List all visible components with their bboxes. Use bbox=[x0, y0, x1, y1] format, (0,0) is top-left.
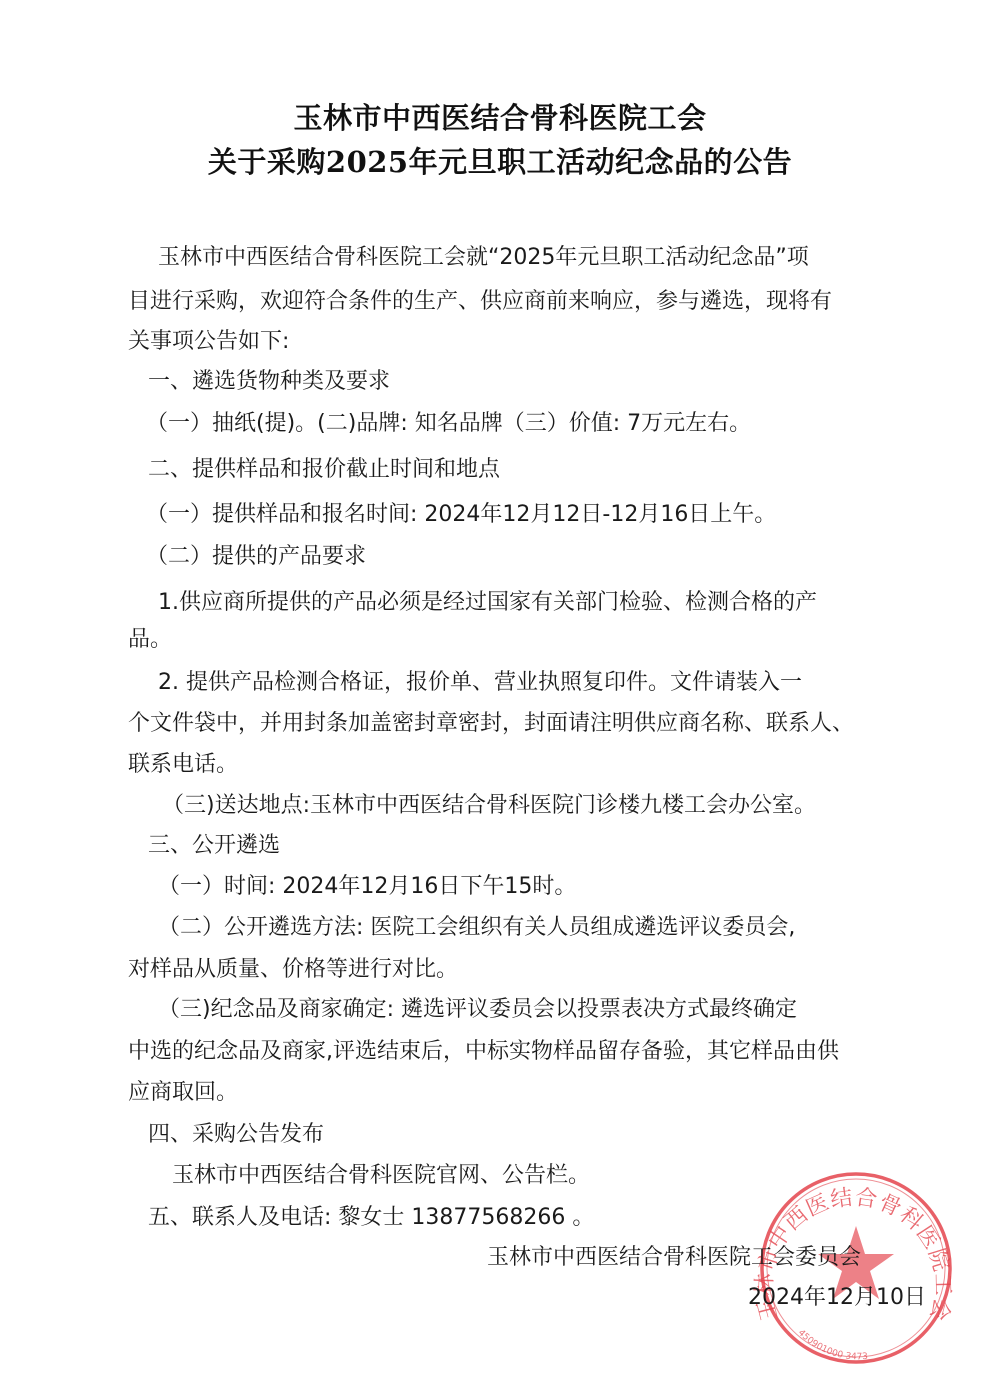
requirement-1-line-1: 1.供应商所提供的产品必须是经过国家有关部门检验、检测合格的产 bbox=[158, 588, 817, 618]
section-1-heading: 一、遴选货物种类及要求 bbox=[148, 367, 390, 397]
section-3-item-3-line-3: 应商取回。 bbox=[128, 1078, 238, 1108]
requirement-1-line-2: 品。 bbox=[128, 625, 172, 655]
title-line-2: 关于采购2025年元旦职工活动纪念品的公告 bbox=[0, 140, 1000, 181]
section-4-heading: 四、采购公告发布 bbox=[148, 1120, 324, 1150]
contact-line: 五、联系人及电话: 黎女士 13877568266 。 bbox=[148, 1203, 594, 1233]
section-1-line: （一）抽纸(提)。(二)品牌: 知名品牌（三）价值: 7万元左右。 bbox=[146, 409, 751, 439]
intro-line-1: 玉林市中西医结合骨科医院工会就“2025年元旦职工活动纪念品”项 bbox=[158, 243, 809, 273]
section-4-line: 玉林市中西医结合骨科医院官网、公告栏。 bbox=[172, 1161, 590, 1191]
intro-line-3: 关事项公告如下: bbox=[128, 327, 289, 357]
section-2-heading: 二、提供样品和报价截止时间和地点 bbox=[148, 455, 500, 485]
seal-code: 450901000 3473 bbox=[796, 1328, 869, 1362]
section-2-item-3: （三)送达地点:玉林市中西医结合骨科医院门诊楼九楼工会办公室。 bbox=[162, 791, 816, 821]
signature-date: 2024年12月10日 bbox=[748, 1283, 926, 1313]
svg-text:450901000 3473: 450901000 3473 bbox=[796, 1328, 869, 1362]
intro-line-2: 目进行采购，欢迎符合条件的生产、供应商前来响应，参与遴选，现将有 bbox=[128, 287, 832, 317]
section-3-item-3-line-2: 中选的纪念品及商家,评选结束后，中标实物样品留存备验，其它样品由供 bbox=[128, 1037, 839, 1067]
section-3-item-2-line-2: 对样品从质量、价格等进行对比。 bbox=[128, 955, 458, 985]
section-3-item-2-line-1: （二）公开遴选方法: 医院工会组织有关人员组成遴选评议委员会, bbox=[158, 913, 795, 943]
requirement-2-line-2: 个文件袋中，并用封条加盖密封章密封，封面请注明供应商名称、联系人、 bbox=[128, 709, 854, 739]
requirement-2-line-1: 2. 提供产品检测合格证，报价单、营业执照复印件。文件请装入一 bbox=[158, 668, 802, 698]
signature-organization: 玉林市中西医结合骨科医院工会委员会 bbox=[487, 1243, 861, 1273]
section-3-heading: 三、公开遴选 bbox=[148, 831, 280, 861]
section-2-item-1: （一）提供样品和报名时间: 2024年12月12日-12月16日上午。 bbox=[146, 500, 776, 530]
section-2-item-2: （二）提供的产品要求 bbox=[146, 542, 366, 572]
title-line-1: 玉林市中西医结合骨科医院工会 bbox=[0, 96, 1000, 137]
section-3-item-3-line-1: （三)纪念品及商家确定: 遴选评议委员会以投票表决方式最终确定 bbox=[158, 995, 797, 1025]
section-3-item-1: （一）时间: 2024年12月16日下午15时。 bbox=[158, 872, 576, 902]
requirement-2-line-3: 联系电话。 bbox=[128, 750, 238, 780]
document-page: 玉林市中西医结合骨科医院工会 关于采购2025年元旦职工活动纪念品的公告 玉林市… bbox=[0, 0, 1000, 1399]
